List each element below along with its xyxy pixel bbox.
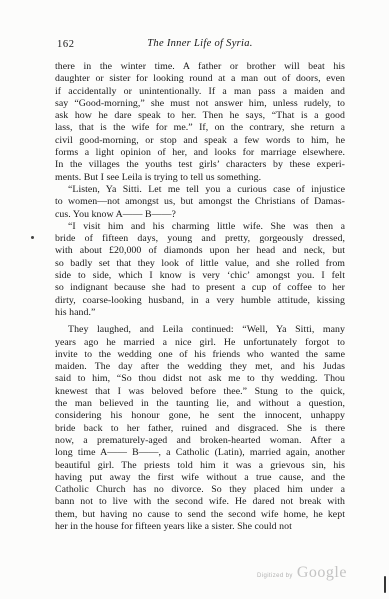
scan-speck: [31, 236, 34, 239]
paragraph: there in the winter time. A father or br…: [55, 61, 345, 184]
paragraph: “I visit him and his charming little wif…: [55, 221, 345, 319]
text-line: bride back to her father, ruined and dis…: [55, 423, 345, 435]
text-line: there in the winter time. A father or br…: [55, 61, 345, 73]
text-line: ask how he dare speak to her. Then he sa…: [55, 110, 345, 122]
text-line: daughter or sister for looking round at …: [55, 73, 345, 85]
paragraph: “Listen, Ya Sitti. Let me tell you a cur…: [55, 184, 345, 221]
text-line: knewest that I was beloved before thee.”…: [55, 386, 345, 398]
text-line: long time A—— B——, a Catholic (Latin), m…: [55, 447, 345, 459]
text-line: bann not to live with the second wife. H…: [55, 496, 345, 508]
text-line: invite to the wedding one of his friends…: [55, 349, 345, 361]
paragraph: They laughed, and Leila continued: “Well…: [55, 324, 345, 533]
text-line: with about £20,000 of diamonds upon her …: [55, 245, 345, 257]
text-line: dirty, coarse-looking husband, in a very…: [55, 295, 345, 307]
page-header: 162 The Inner Life of Syria.: [55, 38, 345, 52]
text-line: civil good-morning, or stop and speak a …: [55, 135, 345, 147]
text-line: her in the house for fifteen years like …: [55, 521, 345, 533]
text-line: cus. You know A—— B——?: [55, 209, 345, 221]
text-line: “I visit him and his charming little wif…: [55, 221, 345, 233]
text-line: beautiful girl. The priests told him it …: [55, 460, 345, 472]
text-line: years ago he married a nice girl. He unf…: [55, 337, 345, 349]
text-line: the man believed in the taunting lie, an…: [55, 398, 345, 410]
text-line: In the villages the youths test girls’ c…: [55, 159, 345, 171]
text-line: ments. But I see Leila is trying to tell…: [55, 172, 345, 184]
text-line: lass, that is the wife for me.” If, on t…: [55, 122, 345, 134]
text-line: his hand.”: [55, 307, 345, 319]
text-line: to women—not amongst us, but amongst the…: [55, 196, 345, 208]
google-logo: Google: [297, 564, 347, 582]
text-line: so badly set that they look of little va…: [55, 258, 345, 270]
text-line: forms a light opinion of her, and looks …: [55, 147, 345, 159]
watermark-prefix: Digitized by: [257, 573, 293, 579]
text-line: say “Good-morning,” she must not answer …: [55, 98, 345, 110]
text-line: having put away the first wife without a…: [55, 472, 345, 484]
text-line: bride of fifteen days, young and pretty,…: [55, 233, 345, 245]
watermark: Digitized by Google: [257, 564, 347, 582]
text-line: They laughed, and Leila continued: “Well…: [55, 324, 345, 336]
text-line: “Listen, Ya Sitti. Let me tell you a cur…: [55, 184, 345, 196]
text-line: so indignant because she had to present …: [55, 282, 345, 294]
text-line: side to side, which I know is very ‘chic…: [55, 270, 345, 282]
text-line: now, a prematurely-aged and broken-heart…: [55, 435, 345, 447]
text-line: if accidentally or unintentionally. If a…: [55, 86, 345, 98]
book-page: 162 The Inner Life of Syria. there in th…: [0, 0, 389, 599]
text-line: them, but having no cause to send the se…: [55, 509, 345, 521]
page-body: there in the winter time. A father or br…: [55, 61, 345, 533]
scan-edge-mark: [384, 576, 386, 593]
text-line: said to him, “So thou didst not ask me t…: [55, 373, 345, 385]
running-title: The Inner Life of Syria.: [55, 38, 345, 49]
text-line: maiden. The day after the wedding they m…: [55, 361, 345, 373]
text-line: Catholic Church has no divorce. So they …: [55, 484, 345, 496]
text-line: considering his honour gone, he sent the…: [55, 410, 345, 422]
